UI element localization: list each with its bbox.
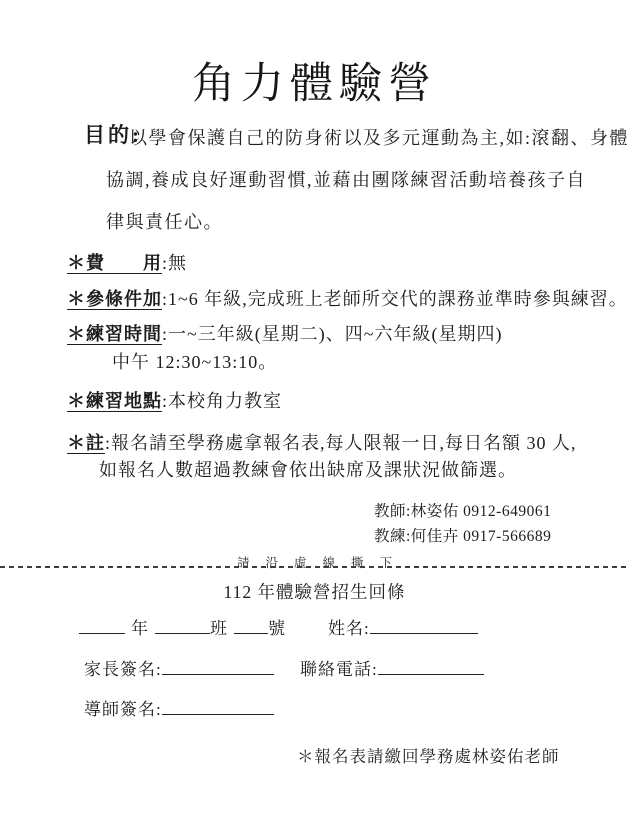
practice-time-line2: 中午 12:30~13:10。: [112, 348, 277, 374]
coach-contact: 教練:何佳卉 0917-566689: [374, 524, 551, 546]
practice-place-section: ＊練習地點:本校角力教室: [67, 387, 282, 413]
practice-time-label: ＊練習時間: [67, 324, 162, 344]
parent-sign-row: 家長簽名:: [84, 655, 274, 680]
practice-place-label: ＊練習地點: [67, 391, 162, 411]
fee-section: ＊費 用:無: [67, 249, 187, 275]
teacher-contact: 教師:林姿佑 0912-649061: [374, 499, 551, 521]
dashed-divider: [0, 566, 629, 568]
grade-label: 年: [131, 619, 149, 638]
purpose-text-line1: 以學會保護自己的防身術以及多元運動為主,如:滾翻、身體: [129, 124, 629, 150]
phone-blank: [378, 657, 484, 675]
slip-footer-note: ＊報名表請繳回學務處林姿佑老師: [297, 743, 560, 767]
practice-place-value: :本校角力教室: [162, 391, 282, 411]
cut-line: [0, 566, 629, 568]
note-value-line2: 如報名人數超過教練會依出缺席及課狀況做篩選。: [99, 456, 517, 482]
cut-line-label: 請沿虛線撕下: [0, 553, 629, 571]
phone-label: 聯絡電話:: [300, 660, 378, 679]
practice-time-value: :一~三年級(星期二)、四~六年級(星期四): [162, 324, 502, 344]
parent-sign-blank: [162, 657, 274, 675]
fee-value: :無: [162, 253, 187, 273]
parent-sign-label: 家長簽名:: [84, 660, 162, 679]
phone-row: 聯絡電話:: [300, 655, 484, 680]
note-label: ＊註: [67, 433, 105, 453]
seat-label: 號: [268, 619, 286, 638]
fee-label: ＊費 用: [67, 253, 162, 273]
purpose-text-line3: 律與責任心。: [106, 208, 223, 234]
join-conditions-value: :1~6 年級,完成班上老師所交代的課務並準時參與練習。: [162, 289, 628, 309]
slip-title: 112 年體驗營招生回條: [0, 579, 629, 604]
class-label: 班: [210, 619, 228, 638]
seat-blank: [234, 616, 268, 634]
camp-title: 角力體驗營: [0, 50, 629, 111]
mentor-sign-blank: [162, 697, 274, 715]
name-label: 姓名:: [328, 619, 370, 638]
name-blank: [370, 616, 478, 634]
join-conditions-label: ＊參條件加: [67, 289, 162, 309]
note-value-line1: :報名請至學務處拿報名表,每人限報一日,每日名額 30 人,: [105, 433, 577, 453]
purpose-text-line2: 協調,養成良好運動習慣,並藉由團隊練習活動培養孩子自: [106, 166, 586, 192]
slip-identity-row: 年班號姓名:: [79, 614, 478, 639]
mentor-sign-row: 導師簽名:: [84, 695, 274, 720]
mentor-sign-label: 導師簽名:: [84, 700, 162, 719]
grade-blank: [79, 616, 125, 634]
class-blank: [155, 616, 210, 634]
join-conditions-section: ＊參條件加:1~6 年級,完成班上老師所交代的課務並準時參與練習。: [67, 285, 628, 311]
flyer-page: 角力體驗營 目的: 以學會保護自己的防身術以及多元運動為主,如:滾翻、身體 協調…: [0, 0, 629, 835]
note-section: ＊註:報名請至學務處拿報名表,每人限報一日,每日名額 30 人,: [67, 429, 577, 455]
practice-time-section: ＊練習時間:一~三年級(星期二)、四~六年級(星期四): [67, 320, 502, 346]
